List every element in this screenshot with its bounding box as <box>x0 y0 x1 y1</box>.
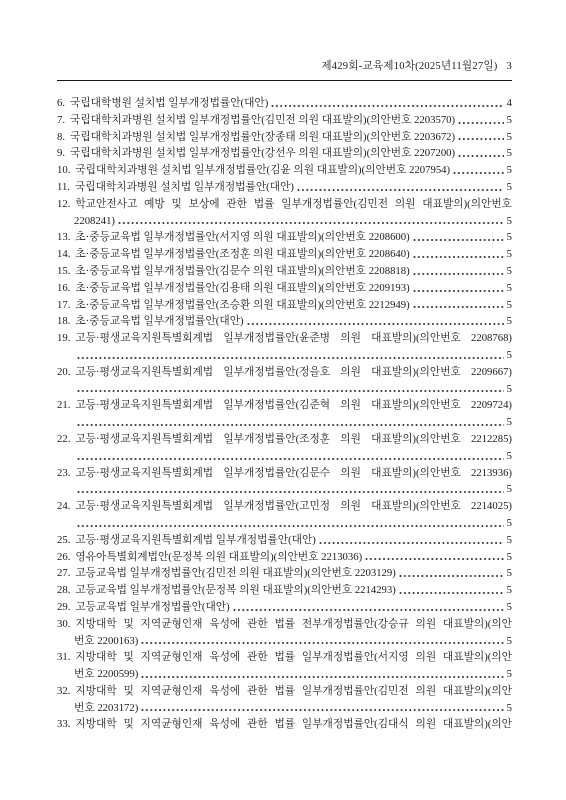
item-number: 26. <box>57 549 70 566</box>
dotted-leader <box>413 305 504 309</box>
toc-line: 12.학교안전사고 예방 및 보상에 관한 법률 일부개정법률안(김민전 의원 … <box>57 196 512 213</box>
dotted-leader <box>453 171 504 175</box>
dotted-leader <box>458 154 504 158</box>
item-number: 32. <box>57 685 70 697</box>
item-number: 17. <box>57 297 70 314</box>
item-title: 국립대학병원 설치법 일부개정법률안(대안) <box>70 95 268 112</box>
item-title: 번호 2200163) <box>74 633 138 650</box>
toc-line: 8.국립대학치과병원 설치법 일부개정법률안(장종태 의원 대표발의)(의안번호… <box>57 129 512 146</box>
item-page-number: 5 <box>507 280 512 297</box>
dotted-leader <box>297 188 504 192</box>
toc-line: 27.고등교육법 일부개정법률안(김민전 의원 대표발의)(의안번호 22031… <box>57 565 512 582</box>
item-title: 번호 2200599) <box>74 666 138 683</box>
toc-line: 15.초·중등교육법 일부개정법률안(김문수 의원 대표발의)(의안번호 220… <box>57 263 512 280</box>
item-number: 25. <box>57 532 70 549</box>
dotted-leader <box>413 289 504 293</box>
item-page-number: 5 <box>507 700 512 717</box>
dotted-leader <box>399 574 504 578</box>
toc-line: 22.고등·평생교육지원특별회계법 일부개정법률안(조정훈 의원 대표발의)(의… <box>57 431 512 448</box>
item-page-number: 5 <box>507 565 512 582</box>
item-page-number: 5 <box>507 263 512 280</box>
toc-line: 14.초·중등교육법 일부개정법률안(조정훈 의원 대표발의)(의안번호 220… <box>57 246 512 263</box>
toc-line: 번호 2200163)5 <box>57 633 512 650</box>
toc-line: 5 <box>57 347 512 364</box>
item-title: 고등·평생교육지원특별회계법 일부개정법률안(윤준병 의원 대표발의)(의안번호… <box>75 332 512 344</box>
item-page-number: 5 <box>507 297 512 314</box>
toc-line: 21.고등·평생교육지원특별회계법 일부개정법률안(김준혁 의원 대표발의)(의… <box>57 397 512 414</box>
dotted-leader <box>365 557 504 561</box>
toc-line: 30.지방대학 및 지역균형인재 육성에 관한 법률 전부개정법률안(강승규 의… <box>57 616 512 633</box>
item-page-number: 5 <box>507 481 512 498</box>
item-page-number: 5 <box>507 213 512 230</box>
dotted-leader <box>458 121 504 125</box>
item-number: 29. <box>57 599 70 616</box>
toc-line: 26.영유아특별회계법안(문정복 의원 대표발의)(의안번호 2213036)5 <box>57 549 512 566</box>
toc-list: 6.국립대학병원 설치법 일부개정법률안(대안)47.국립대학치과병원 설치법 … <box>57 95 512 733</box>
dotted-leader <box>247 322 504 326</box>
header-page-number: 3 <box>507 61 513 72</box>
item-title: 초·중등교육법 일부개정법률안(서지영 의원 대표발의)(의안번호 220860… <box>75 229 409 246</box>
item-number: 12. <box>57 198 70 210</box>
item-page-number: 5 <box>507 448 512 465</box>
toc-line: 23.고등·평생교육지원특별회계법 일부개정법률안(김문수 의원 대표발의)(의… <box>57 465 512 482</box>
item-page-number: 5 <box>507 666 512 683</box>
item-page-number: 5 <box>507 633 512 650</box>
item-page-number: 5 <box>507 549 512 566</box>
dotted-leader <box>77 423 504 427</box>
toc-line: 18.초·중등교육법 일부개정법률안(대안)5 <box>57 313 512 330</box>
toc-line: 16.초·중등교육법 일부개정법률안(김용태 의원 대표발의)(의안번호 220… <box>57 280 512 297</box>
item-number: 31. <box>57 651 70 663</box>
toc-line: 11.국립대학치과병원 설치법 일부개정법률안(대안)5 <box>57 179 512 196</box>
dotted-leader <box>118 221 504 225</box>
dotted-leader <box>399 591 504 595</box>
item-number: 16. <box>57 280 70 297</box>
toc-line: 33.지방대학 및 지역균형인재 육성에 관한 법률 일부개정법률안(김대식 의… <box>57 716 512 733</box>
dotted-leader <box>233 608 504 612</box>
item-number: 33. <box>57 718 70 730</box>
item-title: 국립대학치과병원 설치법 일부개정법률안(김민전 의원 대표발의)(의안번호 2… <box>70 112 455 129</box>
toc-line: 19.고등·평생교육지원특별회계법 일부개정법률안(윤준병 의원 대표발의)(의… <box>57 330 512 347</box>
item-title: 초·중등교육법 일부개정법률안(대안) <box>75 313 243 330</box>
item-page-number: 5 <box>507 347 512 364</box>
item-title: 영유아특별회계법안(문정복 의원 대표발의)(의안번호 2213036) <box>75 549 362 566</box>
dotted-leader <box>77 389 504 393</box>
item-title: 초·중등교육법 일부개정법률안(김용태 의원 대표발의)(의안번호 220919… <box>75 280 409 297</box>
item-title: 고등교육법 일부개정법률안(문정복 의원 대표발의)(의안번호 2214293) <box>75 582 395 599</box>
item-number: 18. <box>57 313 70 330</box>
dotted-leader <box>77 524 504 528</box>
toc-line: 2208241)5 <box>57 213 512 230</box>
item-page-number: 5 <box>507 313 512 330</box>
item-title: 2208241) <box>74 213 115 230</box>
toc-line: 20.고등·평생교육지원특별회계법 일부개정법률안(정을호 의원 대표발의)(의… <box>57 364 512 381</box>
item-number: 24. <box>57 500 70 512</box>
toc-line: 10.국립대학치과병원 설치법 일부개정법률안(김윤 의원 대표발의)(의안번호… <box>57 162 512 179</box>
item-page-number: 5 <box>507 112 512 129</box>
item-title: 고등·평생교육지원특별회계법 일부개정법률안(고민정 의원 대표발의)(의안번호… <box>75 500 512 512</box>
item-number: 19. <box>57 332 70 344</box>
item-number: 28. <box>57 582 70 599</box>
page-header: 제429회-교육제10차(2025년11월27일) 3 <box>57 58 512 81</box>
toc-line: 9.국립대학치과병원 설치법 일부개정법률안(강선우 의원 대표발의)(의안번호… <box>57 145 512 162</box>
dotted-leader <box>77 356 504 360</box>
toc-line: 7.국립대학치과병원 설치법 일부개정법률안(김민전 의원 대표발의)(의안번호… <box>57 112 512 129</box>
toc-line: 17.초·중등교육법 일부개정법률안(조승환 의원 대표발의)(의안번호 221… <box>57 297 512 314</box>
item-title: 지방대학 및 지역균형인재 육성에 관한 법률 일부개정법률안(김민전 의원 대… <box>75 685 512 697</box>
item-title: 지방대학 및 지역균형인재 육성에 관한 법률 일부개정법률안(서지영 의원 대… <box>75 651 512 663</box>
item-page-number: 5 <box>507 145 512 162</box>
item-page-number: 5 <box>507 179 512 196</box>
item-title: 번호 2203172) <box>74 700 138 717</box>
item-number: 14. <box>57 246 70 263</box>
item-page-number: 5 <box>507 599 512 616</box>
item-number: 15. <box>57 263 70 280</box>
document-page: 제429회-교육제10차(2025년11월27일) 3 6.국립대학병원 설치법… <box>0 0 566 800</box>
toc-line: 6.국립대학병원 설치법 일부개정법률안(대안)4 <box>57 95 512 112</box>
toc-line: 번호 2203172)5 <box>57 700 512 717</box>
dotted-leader <box>413 255 504 259</box>
item-number: 6. <box>57 95 65 112</box>
toc-line: 5 <box>57 381 512 398</box>
item-title: 국립대학치과병원 설치법 일부개정법률안(김윤 의원 대표발의)(의안번호 22… <box>75 162 450 179</box>
item-number: 8. <box>57 129 65 146</box>
item-page-number: 4 <box>507 95 512 112</box>
toc-line: 29.고등교육법 일부개정법률안(대안)5 <box>57 599 512 616</box>
item-page-number: 5 <box>507 162 512 179</box>
item-number: 21. <box>57 399 70 411</box>
item-number: 7. <box>57 112 65 129</box>
item-title: 국립대학치과병원 설치법 일부개정법률안(장종태 의원 대표발의)(의안번호 2… <box>70 129 455 146</box>
item-number: 27. <box>57 565 70 582</box>
item-page-number: 5 <box>507 515 512 532</box>
item-title: 초·중등교육법 일부개정법률안(조정훈 의원 대표발의)(의안번호 220864… <box>75 246 409 263</box>
item-title: 초·중등교육법 일부개정법률안(조승환 의원 대표발의)(의안번호 221294… <box>75 297 409 314</box>
dotted-leader <box>413 238 504 242</box>
item-page-number: 5 <box>507 229 512 246</box>
dotted-leader <box>319 541 504 545</box>
item-page-number: 5 <box>507 582 512 599</box>
item-number: 22. <box>57 433 70 445</box>
item-title: 고등교육법 일부개정법률안(김민전 의원 대표발의)(의안번호 2203129) <box>75 565 395 582</box>
item-title: 고등교육법 일부개정법률안(대안) <box>75 599 229 616</box>
item-number: 10. <box>57 162 70 179</box>
item-title: 고등·평생교육지원특별회계법 일부개정법률안(조정훈 의원 대표발의)(의안번호… <box>75 433 512 445</box>
toc-line: 24.고등·평생교육지원특별회계법 일부개정법률안(고민정 의원 대표발의)(의… <box>57 498 512 515</box>
item-page-number: 5 <box>507 381 512 398</box>
toc-line: 5 <box>57 481 512 498</box>
dotted-leader <box>77 490 504 494</box>
dotted-leader <box>271 104 503 108</box>
item-page-number: 5 <box>507 246 512 263</box>
item-page-number: 5 <box>507 129 512 146</box>
toc-line: 13.초·중등교육법 일부개정법률안(서지영 의원 대표발의)(의안번호 220… <box>57 229 512 246</box>
dotted-leader <box>141 641 503 645</box>
item-title: 국립대학치과병원 설치법 일부개정법률안(대안) <box>75 179 294 196</box>
toc-line: 5 <box>57 448 512 465</box>
item-number: 23. <box>57 467 70 479</box>
item-title: 초·중등교육법 일부개정법률안(김문수 의원 대표발의)(의안번호 220881… <box>75 263 409 280</box>
item-number: 9. <box>57 145 65 162</box>
item-title: 국립대학치과병원 설치법 일부개정법률안(강선우 의원 대표발의)(의안번호 2… <box>70 145 455 162</box>
item-title: 고등·평생교육지원특별회계법 일부개정법률안(대안) <box>75 532 315 549</box>
item-number: 13. <box>57 229 70 246</box>
dotted-leader <box>77 457 504 461</box>
session-header-title: 제429회-교육제10차(2025년11월27일) <box>321 58 497 73</box>
item-page-number: 5 <box>507 532 512 549</box>
item-number: 30. <box>57 618 70 630</box>
dotted-leader <box>141 675 503 679</box>
item-title: 고등·평생교육지원특별회계법 일부개정법률안(김준혁 의원 대표발의)(의안번호… <box>75 399 512 411</box>
toc-line: 32.지방대학 및 지역균형인재 육성에 관한 법률 일부개정법률안(김민전 의… <box>57 683 512 700</box>
toc-line: 5 <box>57 515 512 532</box>
item-title: 고등·평생교육지원특별회계법 일부개정법률안(정을호 의원 대표발의)(의안번호… <box>75 366 512 378</box>
toc-line: 번호 2200599)5 <box>57 666 512 683</box>
toc-line: 28.고등교육법 일부개정법률안(문정복 의원 대표발의)(의안번호 22142… <box>57 582 512 599</box>
item-title: 지방대학 및 지역균형인재 육성에 관한 법률 전부개정법률안(강승규 의원 대… <box>75 618 512 630</box>
dotted-leader <box>413 272 504 276</box>
item-title: 학교안전사고 예방 및 보상에 관한 법률 일부개정법률안(김민전 의원 대표발… <box>75 198 512 210</box>
toc-line: 25.고등·평생교육지원특별회계법 일부개정법률안(대안)5 <box>57 532 512 549</box>
dotted-leader <box>458 137 504 141</box>
item-title: 지방대학 및 지역균형인재 육성에 관한 법률 일부개정법률안(김대식 의원 대… <box>75 718 512 730</box>
dotted-leader <box>141 708 503 712</box>
toc-line: 31.지방대학 및 지역균형인재 육성에 관한 법률 일부개정법률안(서지영 의… <box>57 649 512 666</box>
item-number: 20. <box>57 366 70 378</box>
toc-line: 5 <box>57 414 512 431</box>
item-page-number: 5 <box>507 414 512 431</box>
item-number: 11. <box>57 179 70 196</box>
item-title: 고등·평생교육지원특별회계법 일부개정법률안(김문수 의원 대표발의)(의안번호… <box>75 467 512 479</box>
